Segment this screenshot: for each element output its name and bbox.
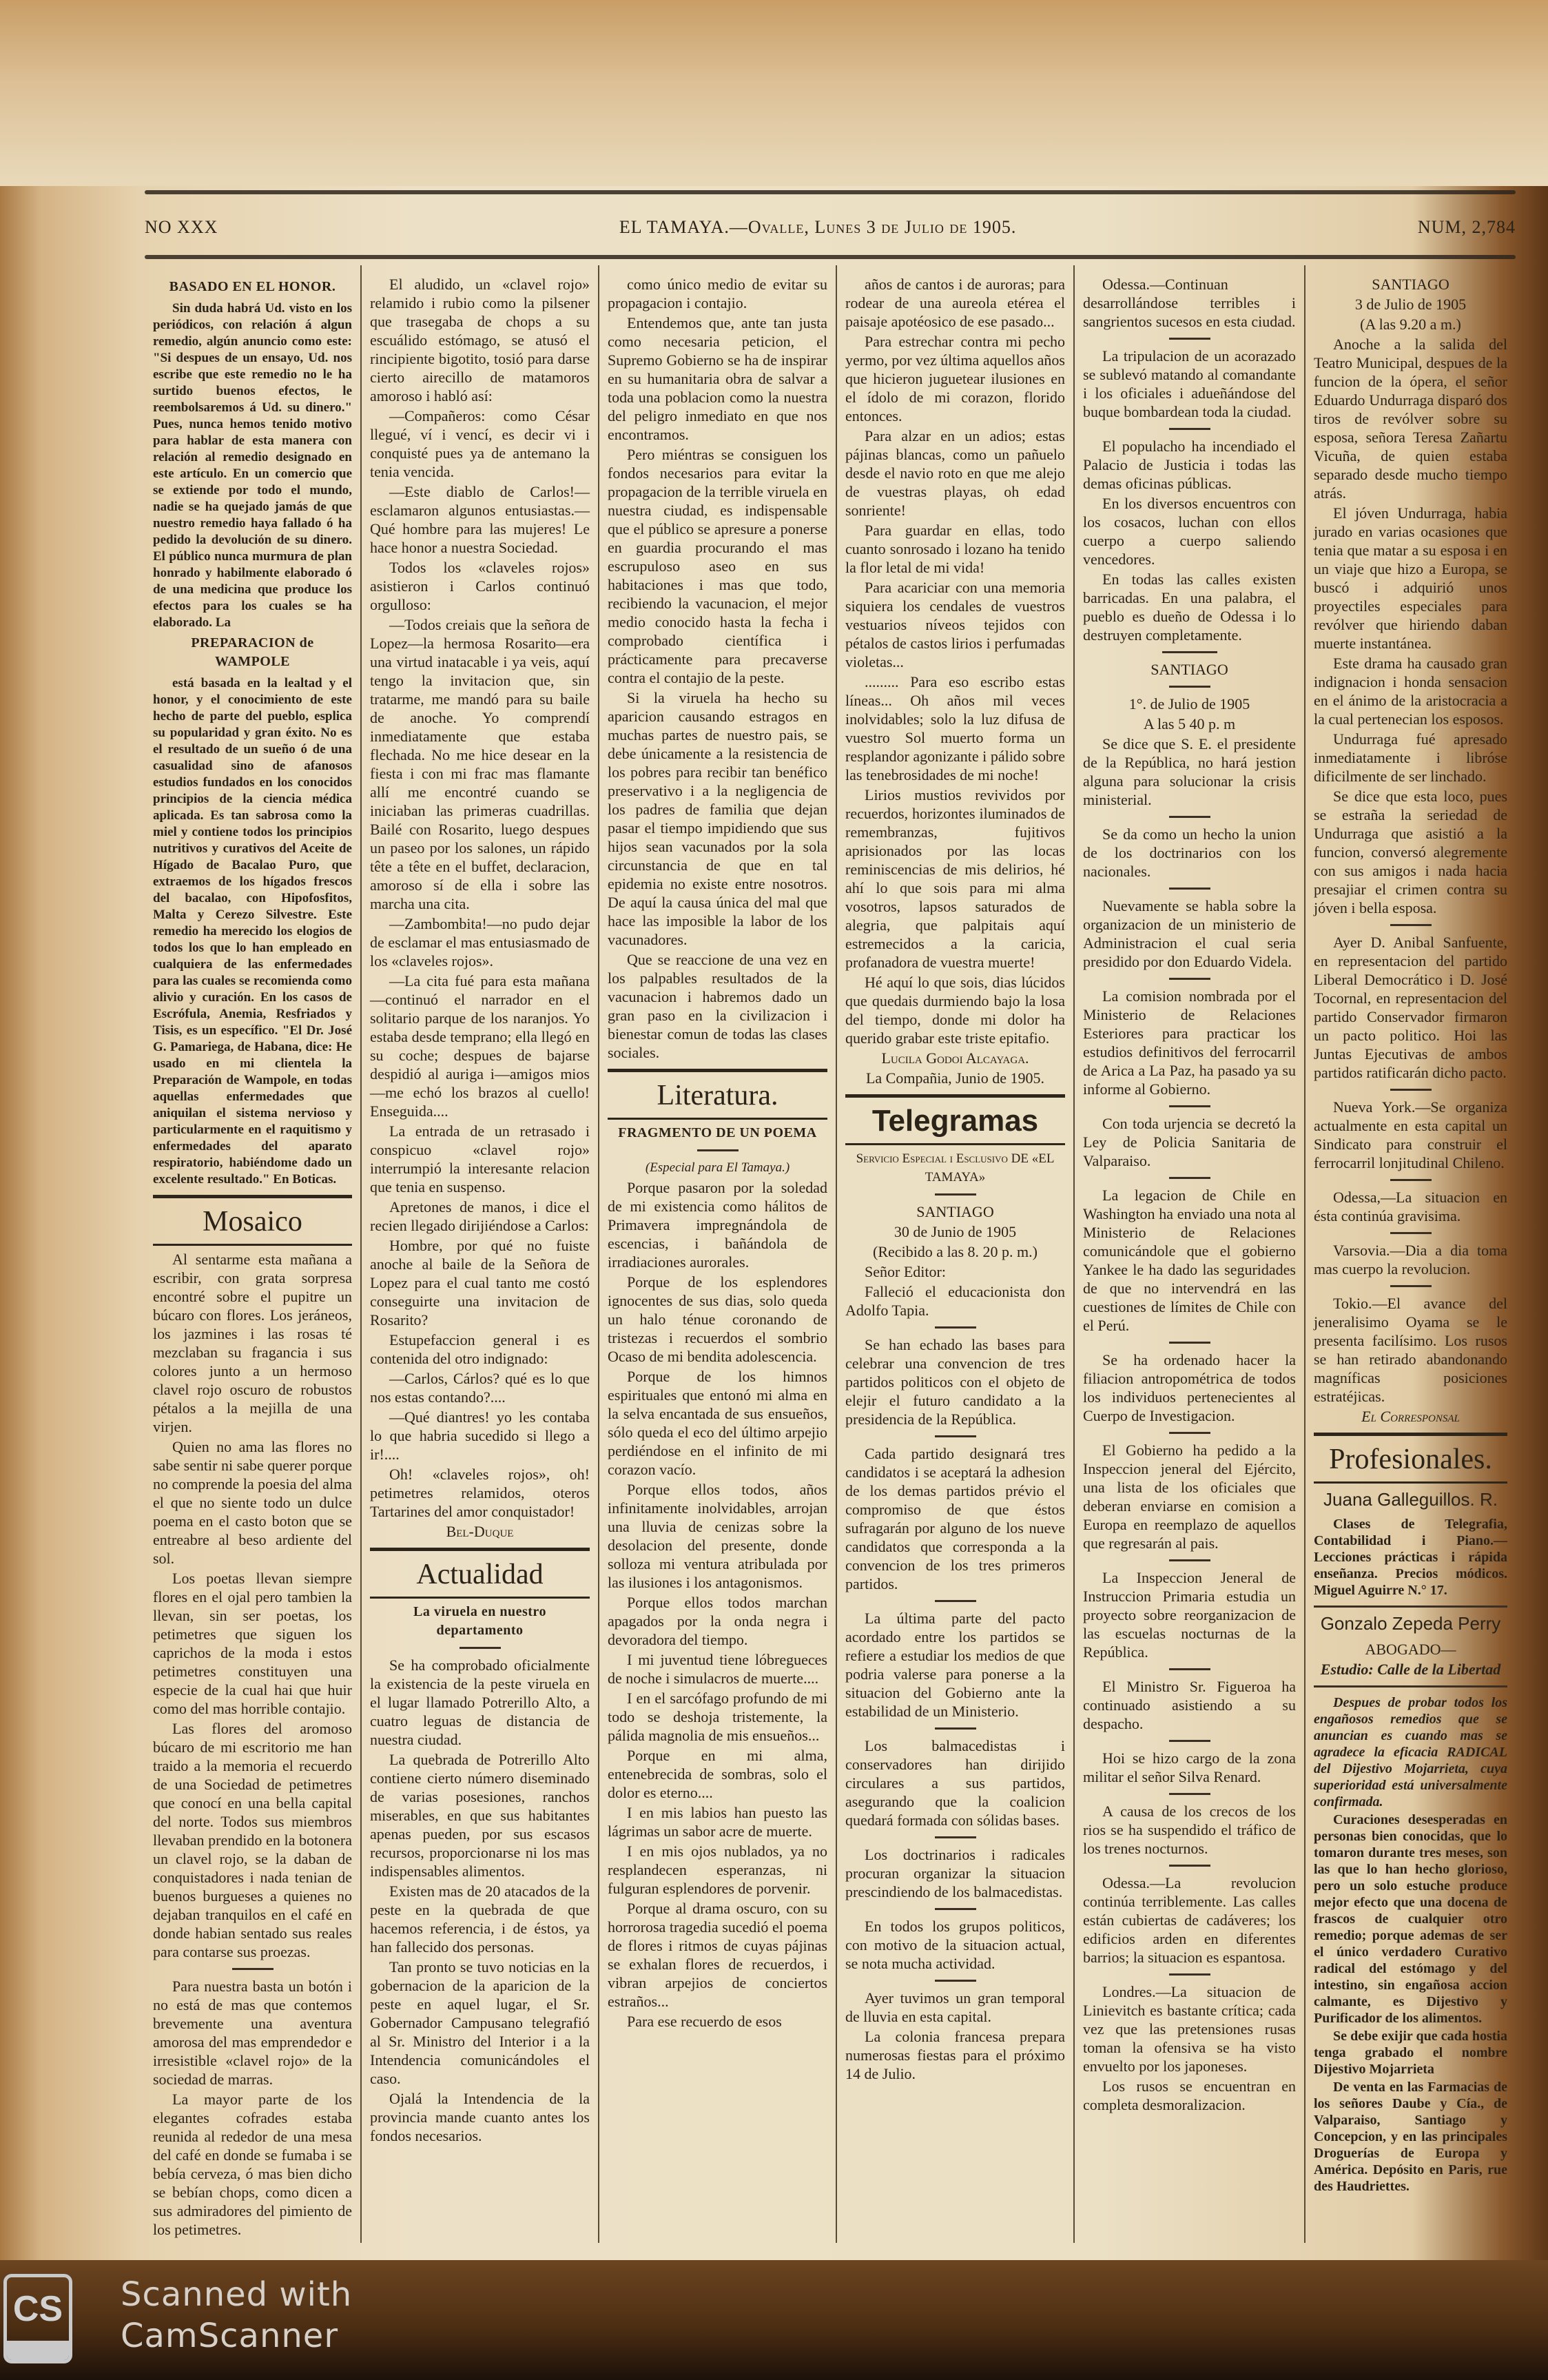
article-paragraph: La mayor parte de los elegantes cofrades… <box>153 2090 352 2239</box>
telegram-item: Los doctrinarios i radicales procuran or… <box>845 1845 1065 1901</box>
ad-text: Se debe exijir que cada hostia tenga gra… <box>1314 2028 1507 2078</box>
article-paragraph: —Zambombita!—no pudo dejar de esclamar e… <box>370 914 590 970</box>
poem-paragraph: Para alzar en un adios; estas pájinas bl… <box>845 427 1065 520</box>
poem-paragraph: Porque de los himnos espirituales que en… <box>608 1367 827 1479</box>
article-paragraph: como único medio de evitar su propagacio… <box>608 275 827 312</box>
telegram-item: Ayer D. Anibal Sanfuente, en representac… <box>1314 933 1507 1082</box>
telegram-item: Se dice que esta loco, pues se estraña l… <box>1314 787 1507 917</box>
telegram-date: 30 de Junio de 1905 <box>845 1222 1065 1241</box>
poem-paragraph: I en mis ojos nublados, ya no resplandec… <box>608 1842 827 1898</box>
telegram-item: Nuevamente se habla sobre la organizacio… <box>1083 896 1296 971</box>
telegram-item: Odessa,—La situacion en ésta continúa gr… <box>1314 1188 1507 1225</box>
article-paragraph: —Este diablo de Carlos!—esclamaron algun… <box>370 482 590 557</box>
poem-paragraph: Lirios mustios revividos por recuerdos, … <box>845 786 1065 972</box>
separator <box>1169 1668 1210 1670</box>
separator <box>1169 1105 1210 1107</box>
separator <box>935 1193 976 1196</box>
mojarrieta-ad-intro: Despues de probar todos los engañosos re… <box>1314 1694 1507 1810</box>
poem-paragraph: Porque ellos todos marchan apagados por … <box>608 1593 827 1649</box>
article-paragraph: Ojalá la Intendencia de la provincia man… <box>370 2089 590 2145</box>
telegram-city: SANTIAGO <box>1083 660 1296 679</box>
column-6: SANTIAGO 3 de Julio de 1905 (A las 9.20 … <box>1306 265 1516 2243</box>
section-title-actualidad: Actualidad <box>370 1548 590 1599</box>
poem-paragraph: ......... Para eso escribo estas líneas.… <box>845 673 1065 784</box>
telegram-time: (A las 9.20 a m.) <box>1314 315 1507 334</box>
article-paragraph: Apretones de manos, i dice el recien lle… <box>370 1198 590 1235</box>
telegram-item: Ayer tuvimos un gran temporal de lluvia … <box>845 1989 1065 2026</box>
telegram-item: La legacion de Chile en Washington ha en… <box>1083 1186 1296 1335</box>
telegram-item: La colonia francesa prepara numerosas fi… <box>845 2027 1065 2083</box>
separator <box>935 1600 976 1602</box>
separator <box>1390 1232 1432 1234</box>
telegram-item: Se da como un hecho la union de los doct… <box>1083 825 1296 881</box>
telegram-item: Undurraga fué apresado inmediatamente i … <box>1314 730 1507 786</box>
separator <box>1169 1793 1210 1795</box>
telegram-item: En todas las calles existen barricadas. … <box>1083 570 1296 644</box>
separator <box>1314 1606 1507 1608</box>
article-paragraph: Pero miéntras se consiguen los fondos ne… <box>608 445 827 687</box>
separator <box>1169 686 1210 688</box>
poem-paragraph: Hé aquí lo que sois, dias lúcidos que qu… <box>845 973 1065 1047</box>
column-3: como único medio de evitar su propagacio… <box>599 265 837 2243</box>
separator <box>460 1647 501 1649</box>
telegram-item: Los rusos se encuentran en completa desm… <box>1083 2077 1296 2114</box>
watermark-line-2: CamScanner <box>121 2315 352 2357</box>
separator <box>1390 924 1432 926</box>
professional-details: Clases de Telegrafia, Contabilidad i Pia… <box>1314 1516 1507 1599</box>
top-rule <box>145 190 1516 194</box>
poem-paragraph: I en mis labios han puesto las lágrimas … <box>608 1803 827 1840</box>
separator <box>1169 1342 1210 1344</box>
article-paragraph: Quien no ama las flores no sabe sentir n… <box>153 1437 352 1568</box>
author-signature: Bel-Duque <box>370 1522 590 1541</box>
poem-paragraph: Porque de los esplendores ignocentes de … <box>608 1273 827 1366</box>
ad-heading: PREPARACION de WAMPOLE <box>153 634 352 671</box>
article-paragraph: Al sentarme esta mañana a escribir, con … <box>153 1250 352 1436</box>
section-title-telegramas: Telegramas <box>845 1094 1065 1145</box>
newspaper-page: NO XXX EL TAMAYA.—Ovalle, Lunes 3 de Jul… <box>138 186 1529 2239</box>
ad-text: Despues de probar todos los engañosos re… <box>1314 1694 1507 1810</box>
poem-paragraph: I en el sarcófago profundo de mi todo se… <box>608 1689 827 1745</box>
telegram-salutation: Señor Editor: <box>845 1262 1065 1281</box>
poem-paragraph: Para ese recuerdo de esos <box>608 2012 827 2031</box>
poem-paragraph: Para acariciar con una memoria siquiera … <box>845 578 1065 671</box>
section-title-mosaico: Mosaico <box>153 1195 352 1246</box>
separator <box>1314 1685 1507 1687</box>
issue-volume: NO XXX <box>145 217 218 238</box>
poem-place-date: La Compañia, Junio de 1905. <box>845 1069 1065 1087</box>
ad-heading: BASADO EN EL HONOR. <box>153 278 352 296</box>
ad-text: Sin duda habrá Ud. visto en los periódic… <box>153 300 352 631</box>
article-paragraph: El aludido, un «clavel rojo» relamido i … <box>370 275 590 405</box>
telegram-item: El Gobierno ha pedido a la Inspeccion je… <box>1083 1441 1296 1552</box>
column-2: El aludido, un «clavel rojo» relamido i … <box>362 265 599 2243</box>
separator <box>232 1968 274 1970</box>
poem-paragraph: Para estrechar contra mi pecho yermo, po… <box>845 332 1065 425</box>
separator <box>1169 888 1210 890</box>
logo-letters: CS <box>7 2277 69 2341</box>
telegram-item: El populacho ha incendiado el Palacio de… <box>1083 437 1296 493</box>
article-paragraph: Los poetas llevan siempre flores en el o… <box>153 1569 352 1718</box>
ornament-separator <box>1162 651 1217 653</box>
poem-paragraph: años de cantos i de auroras; para rodear… <box>845 275 1065 331</box>
separator <box>935 1727 976 1730</box>
telegram-item: Este drama ha causado gran indignacion i… <box>1314 654 1507 728</box>
telegram-item: Falleció el educacionista don Adolfo Tap… <box>845 1282 1065 1320</box>
telegram-item: En los diversos encuentros con los cosac… <box>1083 494 1296 568</box>
telegram-item: Tokio.—El avance del jeneralisimo Oyama … <box>1314 1294 1507 1406</box>
telegram-item: Anoche a la salida del Teatro Municipal,… <box>1314 335 1507 502</box>
article-paragraph: —Compañeros: como César llegué, ví i ven… <box>370 407 590 481</box>
article-paragraph: —Qué diantres! yo les contaba lo que hab… <box>370 1408 590 1464</box>
telegram-item: Los balmacedistas i conservadores han di… <box>845 1736 1065 1829</box>
separator <box>935 1326 976 1329</box>
masthead-rule <box>145 255 1516 259</box>
article-headline: FRAGMENTO DE UN POEMA <box>608 1124 827 1142</box>
telegram-item: Nueva York.—Se organiza actualmente en e… <box>1314 1098 1507 1172</box>
article-paragraph: Oh! «claveles rojos», oh! petimetres rel… <box>370 1465 590 1521</box>
newspaper-title-date: EL TAMAYA.—Ovalle, Lunes 3 de Julio de 1… <box>619 217 1017 238</box>
telegram-item: Odessa.—Continuan desarrollándose terrib… <box>1083 275 1296 331</box>
article-headline: La viruela en nuestro departamento <box>370 1603 590 1640</box>
telegram-item: Se ha ordenado hacer la filiacion antrop… <box>1083 1351 1296 1425</box>
section-title-profesionales: Profesionales. <box>1314 1433 1507 1484</box>
ad-text: está basada en la lealtad y el honor, y … <box>153 675 352 1188</box>
separator <box>697 1149 739 1151</box>
telegram-item: El jóven Undurraga, habia jurado en vari… <box>1314 504 1507 653</box>
professional-name: Gonzalo Zepeda Perry <box>1314 1614 1507 1633</box>
separator <box>1169 1740 1210 1742</box>
article-paragraph: Hombre, por qué no fuiste anoche al bail… <box>370 1236 590 1329</box>
article-paragraph: Las flores del aromoso búcaro de mi escr… <box>153 1719 352 1961</box>
telegram-time: (Recibido a las 8. 20 p. m.) <box>845 1242 1065 1261</box>
article-paragraph: Entendemos que, ante tan justa como nece… <box>608 314 827 444</box>
telegram-item: Se han echado las bases para celebrar un… <box>845 1335 1065 1428</box>
separator <box>1169 1177 1210 1179</box>
article-paragraph: Tan pronto se tuvo noticias en la gobern… <box>370 1958 590 2088</box>
poem-paragraph: Porque ellos todos, años infinitamente i… <box>608 1480 827 1592</box>
article-paragraph: Existen mas de 20 atacados de la peste e… <box>370 1882 590 1956</box>
article-paragraph: Que se reaccione de una vez en los palpa… <box>608 950 827 1062</box>
telegram-item: La Inspeccion Jeneral de Instruccion Pri… <box>1083 1568 1296 1661</box>
column-5: Odessa.—Continuan desarrollándose terrib… <box>1075 265 1306 2243</box>
telegram-city: SANTIAGO <box>845 1202 1065 1221</box>
article-paragraph: —La cita fué para esta mañana—continuó e… <box>370 972 590 1120</box>
telegram-time: A las 5 40 p. m <box>1083 715 1296 733</box>
section-title-literatura: Literatura. <box>608 1069 827 1120</box>
article-paragraph: La entrada de un retrasado i conspicuo «… <box>370 1122 590 1196</box>
separator <box>1390 1089 1432 1091</box>
wampole-ad: BASADO EN EL HONOR. Sin duda habrá Ud. v… <box>153 278 352 1188</box>
professional-address: Estudio: Calle de la Libertad <box>1314 1660 1507 1679</box>
separator <box>935 1836 976 1838</box>
telegram-item: La tripulacion de un acorazado se sublev… <box>1083 347 1296 421</box>
telegram-item: En todos los grupos politicos, con motiv… <box>845 1917 1065 1973</box>
separator <box>1169 338 1210 340</box>
professional-ad: Clases de Telegrafia, Contabilidad i Pia… <box>1314 1516 1507 1599</box>
poem-paragraph: I mi juventud tiene lóbregueces de noche… <box>608 1650 827 1687</box>
telegram-date: 1°. de Julio de 1905 <box>1083 695 1296 713</box>
telegram-city: SANTIAGO <box>1314 275 1507 294</box>
telegram-item: Se dice que S. E. el presidente de la Re… <box>1083 735 1296 809</box>
separator <box>1169 428 1210 430</box>
telegram-item: Con toda urjencia se decretó la Ley de P… <box>1083 1114 1296 1170</box>
telegram-item: Odessa.—La revolucion continúa terriblem… <box>1083 1874 1296 1967</box>
camscanner-logo-icon: CS <box>3 2274 72 2363</box>
telegram-item: A causa de los crecos de los rios se ha … <box>1083 1802 1296 1858</box>
telegram-item: Varsovia.—Dia a dia toma mas cuerpo la r… <box>1314 1241 1507 1278</box>
column-4: años de cantos i de auroras; para rodear… <box>837 265 1075 2243</box>
poem-paragraph: Porque en mi alma, entenebrecida de somb… <box>608 1746 827 1802</box>
mojarrieta-ad-body: Curaciones desesperadas en personas bien… <box>1314 1812 1507 2195</box>
professional-name: Juana Galleguillos. R. <box>1314 1490 1507 1509</box>
byline: (Especial para El Tamaya.) <box>608 1158 827 1177</box>
separator <box>1169 1432 1210 1434</box>
separator <box>1169 1559 1210 1561</box>
separator <box>1169 816 1210 818</box>
poem-paragraph: Para guardar en ellas, todo cuanto sonro… <box>845 521 1065 577</box>
separator <box>935 1980 976 1982</box>
telegram-item: Londres.—La situacion de Linievitch es b… <box>1083 1982 1296 2075</box>
masthead: NO XXX EL TAMAYA.—Ovalle, Lunes 3 de Jul… <box>145 200 1516 255</box>
telegram-item: Hoi se hizo cargo de la zona militar el … <box>1083 1749 1296 1786</box>
article-paragraph: La quebrada de Potrerillo Alto contiene … <box>370 1750 590 1880</box>
column-1: BASADO EN EL HONOR. Sin duda habrá Ud. v… <box>145 265 362 2243</box>
page-top-margin <box>0 0 1548 186</box>
telegram-item: La última parte del pacto acordado entre… <box>845 1609 1065 1721</box>
poem-author: Lucila Godoi Alcayaga. <box>845 1049 1065 1067</box>
watermark-line-1: Scanned with <box>121 2274 352 2315</box>
article-paragraph: Para nuestra basta un botón i no está de… <box>153 1977 352 2089</box>
telegram-item: El Ministro Sr. Figueroa ha continuado a… <box>1083 1677 1296 1733</box>
ad-text: De venta en las Farmacias de los señores… <box>1314 2079 1507 2195</box>
separator <box>1169 1973 1210 1976</box>
telegram-item: Cada partido designará tres candidatos i… <box>845 1444 1065 1593</box>
article-paragraph: Se ha comprobado oficialmente la existen… <box>370 1656 590 1749</box>
correspondent-signature: El Corresponsal <box>1314 1407 1507 1426</box>
ad-text: Curaciones desesperadas en personas bien… <box>1314 1812 1507 2027</box>
camscanner-watermark: Scanned with CamScanner <box>121 2274 352 2357</box>
telegram-item: La comision nombrada por el Ministerio d… <box>1083 987 1296 1098</box>
separator <box>935 1908 976 1910</box>
article-paragraph: Si la viruela ha hecho su aparicion caus… <box>608 688 827 949</box>
telegram-date: 3 de Julio de 1905 <box>1314 295 1507 314</box>
separator <box>1169 978 1210 980</box>
columns: BASADO EN EL HONOR. Sin duda habrá Ud. v… <box>145 265 1516 2243</box>
poem-paragraph: Porque pasaron por la soledad de mi exis… <box>608 1178 827 1271</box>
logo-bar <box>7 2341 69 2360</box>
article-paragraph: Todos los «claveles rojos» asistieron i … <box>370 558 590 614</box>
professional-title: ABOGADO— <box>1314 1640 1507 1659</box>
separator <box>1390 1285 1432 1287</box>
article-paragraph: —Carlos, Cárlos? qué es lo que nos estas… <box>370 1369 590 1406</box>
article-paragraph: —Todos creiais que la señora de Lopez—la… <box>370 615 590 913</box>
poem-paragraph: Porque al drama oscuro, con su horrorosa… <box>608 1899 827 2011</box>
separator <box>1390 1179 1432 1181</box>
telegram-service: Servicio Especial i Esclusivo DE «EL TAM… <box>845 1149 1065 1187</box>
separator <box>935 1435 976 1437</box>
article-paragraph: Estupefaccion general i es contenida del… <box>370 1331 590 1368</box>
issue-number: NUM, 2,784 <box>1418 217 1516 238</box>
separator <box>1169 1865 1210 1867</box>
